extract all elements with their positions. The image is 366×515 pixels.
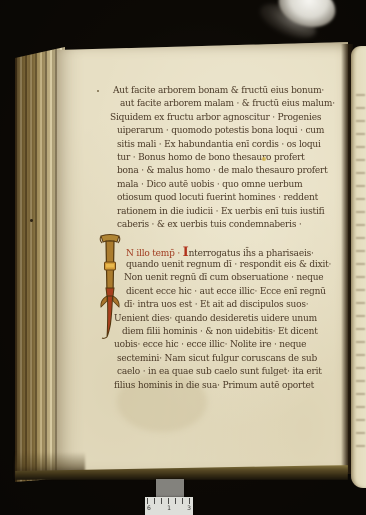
manuscript-line: bona · & malus homo · de malo thesauro p…: [117, 165, 342, 178]
manuscript-line: caberis · & ex uerbis tuis condemnaberis…: [117, 219, 342, 232]
text-segment: aut facite arborem malam · & fructū eius…: [120, 99, 335, 109]
text-segment: caelo · in ea quae sub caelo sunt fulget…: [117, 367, 322, 377]
text-segment: otiosum quod locuti fuerint homines · re…: [117, 193, 318, 203]
text-segment: sitis mali · Ex habundantia enī cordis ·…: [117, 140, 321, 150]
rubric-segment: N illo temp̄ ·: [126, 249, 183, 259]
manuscript-text: Aut facite arborem bonam & fructū eius b…: [110, 85, 342, 393]
text-segment: Non uenit regnū dī cum obseruatione · ne…: [124, 273, 323, 283]
text-segment: dī· intra uos est · Et ait ad discipulos…: [124, 300, 308, 310]
text-segment: dicent ecce hic · aut ecce illic· Ecce e…: [126, 287, 326, 297]
text-segment: uiperarum · quomodo potestis bona loqui …: [117, 126, 324, 136]
text-segment: diem filii hominis · & non uidebitis· Et…: [122, 327, 318, 337]
manuscript-line: otiosum quod locuti fuerint homines · re…: [117, 192, 342, 205]
manuscript-photo: Aut facite arborem bonam & fructū eius b…: [0, 0, 366, 515]
manuscript-line: uiperarum · quomodo potestis bona loqui …: [117, 125, 342, 138]
text-segment: uobis· ecce hic · ecce illic· Nolite ire…: [114, 340, 306, 350]
text-segment: mala · Dico autē uobis · quo omne uerbum: [117, 180, 302, 190]
text-segment: filius hominis in die sua· Primum autē o…: [114, 381, 314, 391]
ruler-digits: 6 1 3: [147, 505, 191, 512]
manuscript-line: filius hominis in die sua· Primum autē o…: [114, 380, 342, 393]
manuscript-line: diem filii hominis · & non uidebitis· Et…: [122, 326, 342, 339]
manuscript-line: aut facite arborem malam · & fructū eius…: [120, 98, 342, 111]
manuscript-line: dī· intra uos est · Et ait ad discipulos…: [124, 299, 342, 312]
text-segment: Aut facite arborem bonam & fructū eius b…: [113, 86, 324, 96]
ruler-digit: 1: [167, 505, 171, 512]
manuscript-line: Uenient dies· quando desideretis uidere …: [114, 313, 342, 326]
ruler-digit: 3: [187, 505, 191, 512]
speck: [30, 219, 33, 222]
text-segment: Siquidem ex fructu arbor agnoscitur · Pr…: [110, 113, 321, 123]
ruler-digit: 6: [147, 505, 151, 512]
manuscript-line: rationem in die iudicii · Ex uerbis enī …: [117, 206, 342, 219]
text-segment: quando uenit regnum dī · respondit eis &…: [126, 260, 331, 270]
text-segment: tur · Bonus homo de bono thesauro profer…: [117, 153, 305, 163]
initial-letter-icon: [98, 234, 124, 342]
gray-calibration-patch: [156, 479, 184, 499]
text-segment: nterrogatus ih̄s a pharisaeis·: [189, 249, 314, 259]
manuscript-line: sectemini· Nam sicut fulgur coruscans de…: [117, 353, 342, 366]
manuscript-line: sitis mali · Ex habundantia enī cordis ·…: [117, 139, 342, 152]
manuscript-line: Siquidem ex fructu arbor agnoscitur · Pr…: [110, 112, 342, 125]
facing-page-text-showthrough: [356, 94, 365, 454]
manuscript-line: uobis· ecce hic · ecce illic· Nolite ire…: [114, 339, 342, 352]
manuscript-line: Aut facite arborem bonam & fructū eius b…: [113, 85, 342, 98]
decorated-initial-I: [98, 234, 124, 342]
text-segment: rationem in die iudicii · Ex uerbis enī …: [117, 207, 324, 217]
text-segment: Uenient dies· quando desideretis uidere …: [114, 314, 317, 324]
speck: [97, 90, 99, 92]
manuscript-line: quando uenit regnum dī · respondit eis &…: [126, 259, 342, 272]
manuscript-line: N illo temp̄ · Interrogatus ih̄s a phari…: [126, 246, 342, 259]
text-segment: sectemini· Nam sicut fulgur coruscans de…: [117, 354, 317, 364]
manuscript-line: Non uenit regnū dī cum obseruatione · ne…: [124, 272, 342, 285]
manuscript-line: caelo · in ea quae sub caelo sunt fulget…: [117, 366, 342, 379]
manuscript-line: dicent ecce hic · aut ecce illic· Ecce e…: [126, 286, 342, 299]
facing-page-edge: [351, 46, 366, 488]
text-segment: bona · & malus homo · de malo thesauro p…: [117, 166, 328, 176]
wax-fleck: [262, 157, 266, 161]
manuscript-line: tur · Bonus homo de bono thesauro profer…: [117, 152, 342, 165]
text-segment: caberis · & ex uerbis tuis condemnaberis…: [117, 220, 302, 230]
scale-ruler-card: 6 1 3: [145, 497, 193, 515]
manuscript-line: mala · Dico autē uobis · quo omne uerbum: [117, 179, 342, 192]
